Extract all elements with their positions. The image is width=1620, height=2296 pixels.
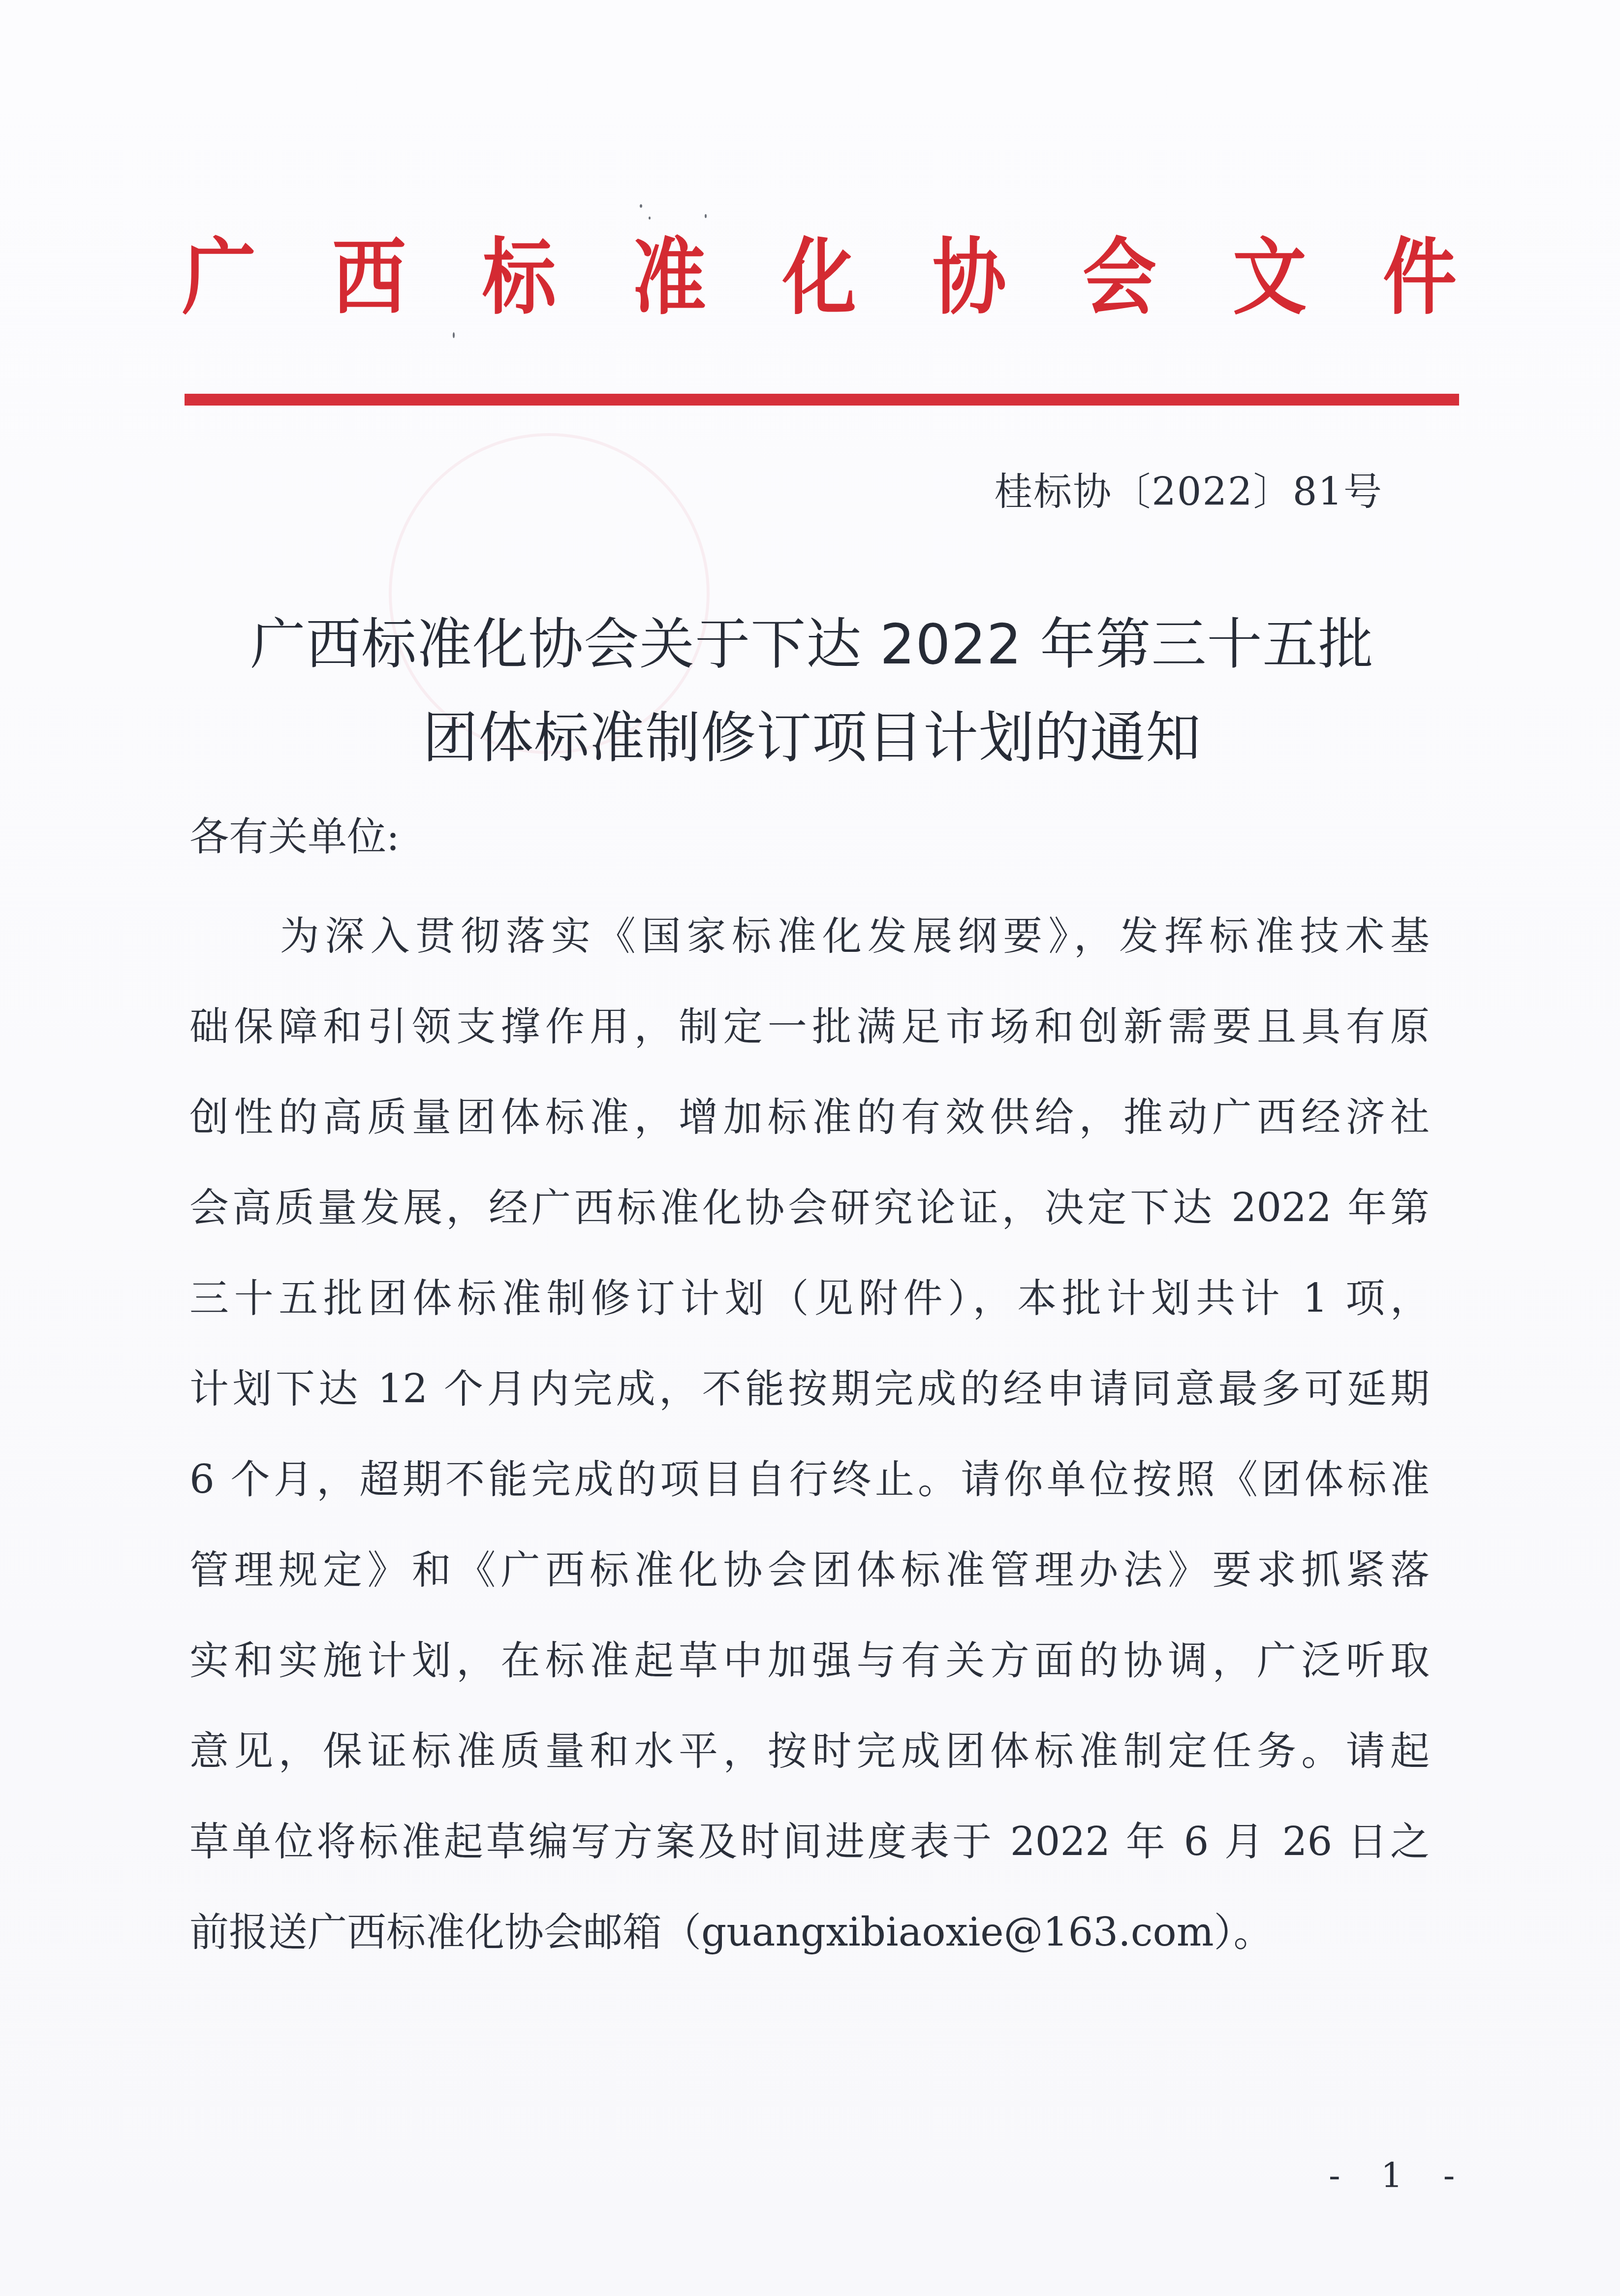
masthead-char: 协 bbox=[933, 237, 1006, 319]
title-line-2: 团体标准制修订项目计划的通知 bbox=[148, 692, 1476, 785]
body-line: 创性的高质量团体标准，增加标准的有效供给，推动广西经济社 bbox=[189, 1072, 1430, 1163]
body-line: 为深入贯彻落实《国家标准化发展纲要》，发挥标准技术基 bbox=[189, 891, 1430, 981]
masthead-char: 文 bbox=[1233, 237, 1307, 319]
body-line: 管理规定》和《广西标准化协会团体标准管理办法》要求抓紧落 bbox=[189, 1525, 1430, 1615]
title-line-1: 广西标准化协会关于下达 2022 年第三十五批 bbox=[148, 598, 1476, 692]
scan-speck bbox=[640, 204, 642, 208]
body-line-email: 前报送广西标准化协会邮箱（guangxibiaoxie@163.com）。 bbox=[189, 1887, 1430, 1978]
masthead-char: 准 bbox=[632, 237, 706, 319]
red-divider-rule bbox=[185, 394, 1459, 406]
masthead-char: 会 bbox=[1083, 237, 1156, 319]
document-number: 桂标协〔2022〕81号 bbox=[994, 465, 1383, 519]
masthead-char: 化 bbox=[782, 237, 856, 319]
document-page: 广 西 标 准 化 协 会 文 件 桂标协〔2022〕81号 广西标准化协会关于… bbox=[0, 0, 1620, 2296]
scan-speck bbox=[453, 332, 455, 338]
body-line: 计划下达 12 个月内完成，不能按期完成的经申请同意最多可延期 bbox=[189, 1344, 1430, 1434]
body-line: 实和实施计划，在标准起草中加强与有关方面的协调，广泛听取 bbox=[189, 1615, 1430, 1706]
masthead-char: 件 bbox=[1383, 237, 1457, 319]
masthead-char: 广 bbox=[182, 237, 256, 319]
salutation: 各有关单位: bbox=[189, 807, 400, 866]
body-line: 三十五批团体标准制修订计划（见附件），本批计划共计 1 项， bbox=[189, 1253, 1430, 1344]
body-line: 6 个月，超期不能完成的项目自行终止。请你单位按照《团体标准 bbox=[189, 1434, 1430, 1525]
page-number: - 1 - bbox=[1329, 2151, 1469, 2200]
document-title: 广西标准化协会关于下达 2022 年第三十五批 团体标准制修订项目计划的通知 bbox=[148, 598, 1476, 785]
body-line: 草单位将标准起草编写方案及时间进度表于 2022 年 6 月 26 日之 bbox=[189, 1796, 1430, 1887]
masthead-header: 广 西 标 准 化 协 会 文 件 bbox=[182, 224, 1457, 332]
body-line: 础保障和引领支撑作用，制定一批满足市场和创新需要且具有原 bbox=[189, 981, 1430, 1072]
masthead-char: 西 bbox=[332, 237, 406, 319]
scan-speck bbox=[705, 214, 707, 218]
body-line: 意见，保证标准质量和水平，按时完成团体标准制定任务。请起 bbox=[189, 1706, 1430, 1796]
masthead-char: 标 bbox=[482, 237, 556, 319]
body-line: 会高质量发展，经广西标准化协会研究论证，决定下达 2022 年第 bbox=[189, 1163, 1430, 1253]
scan-speck bbox=[649, 217, 651, 220]
body-paragraph: 为深入贯彻落实《国家标准化发展纲要》，发挥标准技术基 础保障和引领支撑作用，制定… bbox=[189, 891, 1430, 1978]
